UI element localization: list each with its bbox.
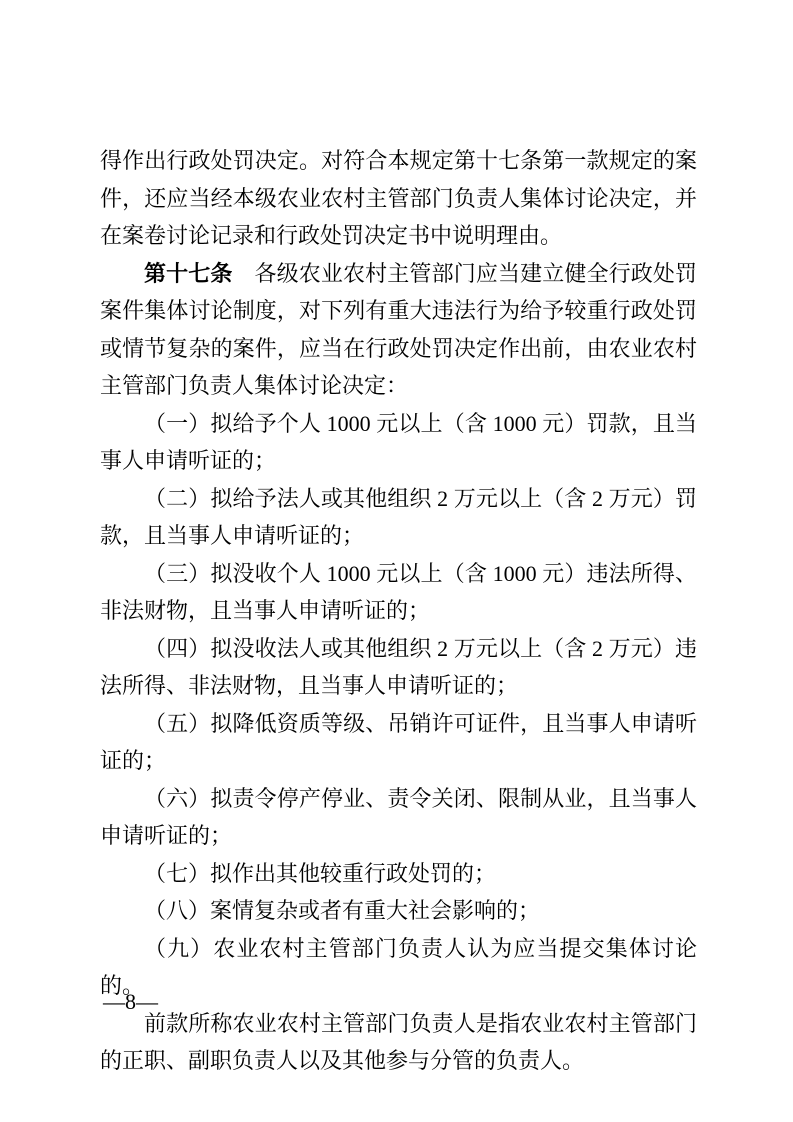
- list-item-6: （六）拟责令停产停业、责令关闭、限制从业，且当事人申请听证的；: [100, 780, 697, 855]
- list-item-8: （八）案情复杂或者有重大社会影响的；: [100, 892, 697, 930]
- document-page: 得作出行政处罚决定。对符合本规定第十七条第一款规定的案件，还应当经本级农业农村主…: [0, 0, 793, 1122]
- list-item-5: （五）拟降低资质等级、吊销许可证件，且当事人申请听证的；: [100, 705, 697, 780]
- list-item-1: （一）拟给予个人 1000 元以上（含 1000 元）罚款，且当事人申请听证的；: [100, 405, 697, 480]
- list-item-2: （二）拟给予法人或其他组织 2 万元以上（含 2 万元）罚款，且当事人申请听证的…: [100, 480, 697, 555]
- page-number: —8—: [103, 988, 158, 1016]
- paragraph-closing: 前款所称农业农村主管部门负责人是指农业农村主管部门的正职、副职负责人以及其他参与…: [100, 1005, 697, 1080]
- article-number-label: 第十七条: [144, 261, 233, 286]
- list-item-3: （三）拟没收个人 1000 元以上（含 1000 元）违法所得、非法财物，且当事…: [100, 555, 697, 630]
- list-item-9: （九）农业农村主管部门负责人认为应当提交集体讨论的。: [100, 930, 697, 1005]
- document-body: 得作出行政处罚决定。对符合本规定第十七条第一款规定的案件，还应当经本级农业农村主…: [100, 142, 697, 1080]
- list-item-7: （七）拟作出其他较重行政处罚的；: [100, 855, 697, 893]
- paragraph-article-17: 第十七条各级农业农村主管部门应当建立健全行政处罚案件集体讨论制度，对下列有重大违…: [100, 255, 697, 405]
- paragraph-continuation: 得作出行政处罚决定。对符合本规定第十七条第一款规定的案件，还应当经本级农业农村主…: [100, 142, 697, 255]
- list-item-4: （四）拟没收法人或其他组织 2 万元以上（含 2 万元）违法所得、非法财物，且当…: [100, 630, 697, 705]
